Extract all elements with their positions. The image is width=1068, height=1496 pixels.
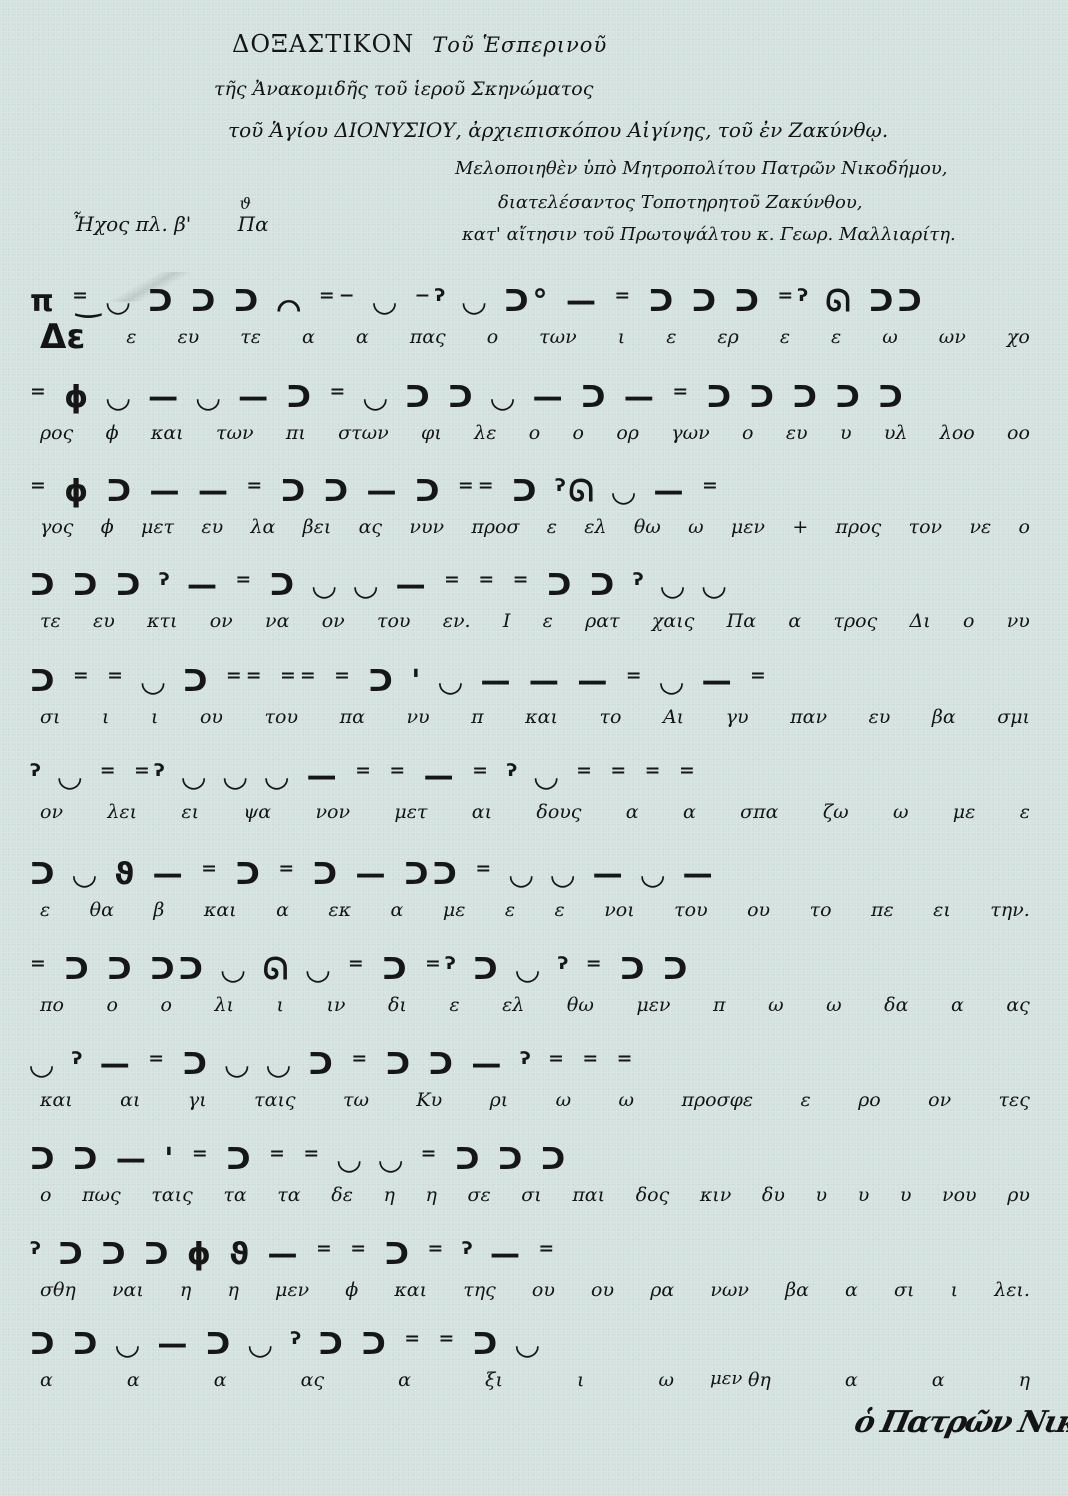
lyric-syllable: οο bbox=[1007, 418, 1030, 448]
lyric-syllable: νυ bbox=[1007, 606, 1030, 636]
music-system: ⁼ ᑐ ᑐ ᑐᑐ ◡ ᘏ ◡ ⁼ ᑐ ⁼ˀ ᑐ ◡ ˀ ⁼ ᑐ ᑐποοολιι… bbox=[30, 950, 1040, 1020]
lyric-syllable: χαις bbox=[652, 606, 694, 636]
lyric-syllable: ε bbox=[126, 322, 136, 352]
lyric-syllable: προσφε bbox=[681, 1085, 753, 1115]
lyric-syllable: α bbox=[845, 1365, 858, 1395]
lyric-syllable: μεν bbox=[731, 512, 765, 542]
doc-title: ΔΟΞΑΣΤΙΚΟΝΤοῦ Ἑσπερινοῦ bbox=[232, 30, 607, 58]
lyric-syllable: ο bbox=[160, 990, 171, 1020]
lyric-syllable: α bbox=[398, 1365, 411, 1395]
lyric-syllable: β bbox=[153, 895, 164, 925]
neume-line: ˀ ᑐ ᑐ ᑐ ϕ ϑ — ⁼ ⁼ ᑐ ⁼ ˀ — ⁼ bbox=[30, 1235, 1040, 1275]
lyric-syllable: βει bbox=[303, 512, 332, 542]
lyric-syllable: ε bbox=[543, 606, 553, 636]
lyric-syllable: πας bbox=[410, 322, 446, 352]
lyric-line: Δεεευτεααπαςοτωνιεερεεωωνχο bbox=[30, 322, 1040, 352]
lyric-syllable: π bbox=[471, 702, 484, 732]
neume-line: ⁼ ᑐ ᑐ ᑐᑐ ◡ ᘏ ◡ ⁼ ᑐ ⁼ˀ ᑐ ◡ ˀ ⁼ ᑐ ᑐ bbox=[30, 950, 1040, 990]
music-system: ᑐ ᑐ — ' ⁼ ᑐ ⁼ ⁼ ◡ ◡ ⁼ ᑐ ᑐ ᑐοπωςταιςταταδ… bbox=[30, 1140, 1040, 1210]
lyric-syllable: των bbox=[539, 322, 577, 352]
lyric-syllable: ον bbox=[210, 606, 233, 636]
neume-line: ⁼ ϕ ◡ — ◡ — ᑐ ⁼ ◡ ᑐ ᑐ ◡ — ᑐ — ⁼ ᑐ ᑐ ᑐ ᑐ … bbox=[30, 378, 1040, 418]
neume-line: ᑐ ◡ ϑ — ⁼ ᑐ ⁼ ᑐ — ᑐᑐ ⁼ ◡ ◡ — ◡ — bbox=[30, 855, 1040, 895]
lyric-syllable: δα bbox=[884, 990, 908, 1020]
lyric-syllable: ε bbox=[780, 322, 790, 352]
subtitle-line-2: τοῦ Ἁγίου ΔΙΟΝΥΣΙΟΥ, ἀρχιεπισκόπου Αἰγίν… bbox=[228, 118, 888, 142]
lyric-syllable: ω bbox=[893, 797, 909, 827]
music-system: ᑐ ᑐ ◡ — ᑐ ◡ ˀ ᑐ ᑐ ⁼ ⁼ ᑐ ◡ααααςαξιιωθηααη bbox=[30, 1325, 1040, 1395]
lyric-syllable: ταις bbox=[151, 1180, 192, 1210]
lyric-syllable: ω bbox=[619, 1085, 635, 1115]
lyric-syllable: ελ bbox=[584, 512, 606, 542]
lyric-syllable: γυ bbox=[726, 702, 749, 732]
lyric-syllable: παν bbox=[790, 702, 827, 732]
lyric-syllable: ου bbox=[532, 1275, 555, 1305]
lyric-syllable: η bbox=[180, 1275, 191, 1305]
lyric-syllable: τε bbox=[240, 322, 261, 352]
neume-line: ◡ ˀ — ⁼ ᑐ ◡ ◡ ᑐ ⁼ ᑐ ᑐ — ˀ ⁼ ⁼ ⁼ bbox=[30, 1045, 1040, 1085]
lyric-syllable: θω bbox=[567, 990, 594, 1020]
lyric-syllable: ω bbox=[768, 990, 784, 1020]
lyric-syllable: ας bbox=[301, 1365, 324, 1395]
lyric-syllable: ου bbox=[591, 1275, 614, 1305]
lyric-syllable: η bbox=[384, 1180, 395, 1210]
lyric-syllable: ρι bbox=[490, 1085, 509, 1115]
lyric-syllable: Ι bbox=[503, 606, 511, 636]
manuscript-page: ΔΟΞΑΣΤΙΚΟΝΤοῦ Ἑσπερινοῦ τῆς Ἀνακομιδῆς τ… bbox=[0, 0, 1068, 1496]
lyric-syllable: φι bbox=[421, 418, 442, 448]
lyric-syllable: ϕ bbox=[106, 418, 119, 448]
lyric-syllable: η bbox=[1019, 1365, 1030, 1395]
neume-line: ᑐ ᑐ — ' ⁼ ᑐ ⁼ ⁼ ◡ ◡ ⁼ ᑐ ᑐ ᑐ bbox=[30, 1140, 1040, 1180]
lyric-syllable: α bbox=[302, 322, 315, 352]
lyric-syllable: νυ bbox=[406, 702, 429, 732]
lyric-syllable: ϕ bbox=[345, 1275, 358, 1305]
lyric-syllable: νε bbox=[969, 512, 991, 542]
lyric-syllable: σπα bbox=[740, 797, 778, 827]
lyric-syllable: ο bbox=[742, 418, 753, 448]
lyric-syllable: Δε bbox=[40, 322, 85, 352]
lyric-syllable: ας bbox=[359, 512, 382, 542]
lyric-syllable: ρυ bbox=[1007, 1180, 1030, 1210]
lyric-syllable: α bbox=[214, 1365, 227, 1395]
lyric-syllable: Αι bbox=[663, 702, 684, 732]
martyria-sign-icon: ϑ bbox=[240, 194, 251, 213]
neume-line: ᑐ ᑐ ◡ — ᑐ ◡ ˀ ᑐ ᑐ ⁼ ⁼ ᑐ ◡ bbox=[30, 1325, 1040, 1365]
lyric-syllable: υ bbox=[816, 1180, 828, 1210]
lyric-syllable: μετ bbox=[394, 797, 427, 827]
lyric-syllable: δυ bbox=[762, 1180, 785, 1210]
lyric-syllable: + bbox=[792, 512, 808, 542]
neume-line: π ⁼͜ ◡ ᑐ ᑐ ᑐ ⌒ ⁼⁻ ◡ ⁻ˀ ◡ ᑐ° — ⁼ ᑐ ᑐ ᑐ ⁼ˀ… bbox=[30, 282, 1040, 322]
final-syllable: μεν bbox=[710, 1368, 742, 1389]
lyric-syllable: ον bbox=[322, 606, 345, 636]
lyric-syllable: σε bbox=[468, 1180, 491, 1210]
lyric-syllable: ϕ bbox=[101, 512, 114, 542]
lyric-syllable: υ bbox=[840, 418, 852, 448]
lyric-syllable: α bbox=[932, 1365, 945, 1395]
lyric-syllable: α bbox=[391, 895, 404, 925]
lyric-syllable: κτι bbox=[147, 606, 177, 636]
lyric-syllable: ευ bbox=[201, 512, 223, 542]
lyric-syllable: ον bbox=[928, 1085, 951, 1115]
lyric-syllable: τε bbox=[40, 606, 61, 636]
lyric-syllable: πα bbox=[340, 702, 365, 732]
composer-credit-3: κατ' αἴτησιν τοῦ Πρωτοψάλτου κ. Γεωρ. Μα… bbox=[462, 224, 956, 245]
lyric-syllable: μεν bbox=[275, 1275, 309, 1305]
lyric-syllable: ο bbox=[963, 606, 974, 636]
lyric-syllable: η bbox=[227, 1275, 238, 1305]
lyric-syllable: και bbox=[204, 895, 237, 925]
lyric-syllable: ρατ bbox=[585, 606, 620, 636]
lyric-syllable: παι bbox=[572, 1180, 605, 1210]
lyric-syllable: υ bbox=[900, 1180, 912, 1210]
lyric-syllable: ω bbox=[658, 1365, 674, 1395]
lyric-syllable: α bbox=[127, 1365, 140, 1395]
lyric-syllable: ι bbox=[151, 702, 158, 732]
lyric-syllable: ε bbox=[555, 895, 565, 925]
lyric-syllable: α bbox=[356, 322, 369, 352]
lyric-syllable: νοι bbox=[604, 895, 634, 925]
lyric-syllable: θω bbox=[634, 512, 661, 542]
lyric-syllable: βα bbox=[785, 1275, 809, 1305]
lyric-syllable: σι bbox=[521, 1180, 541, 1210]
lyric-syllable: ευ bbox=[786, 418, 808, 448]
music-system: ⁼ ϕ ◡ — ◡ — ᑐ ⁼ ◡ ᑐ ᑐ ◡ — ᑐ — ⁼ ᑐ ᑐ ᑐ ᑐ … bbox=[30, 378, 1040, 448]
lyric-syllable: ε bbox=[505, 895, 515, 925]
lyric-syllable: εκ bbox=[328, 895, 351, 925]
lyric-syllable: ω bbox=[826, 990, 842, 1020]
lyric-syllable: τρος bbox=[833, 606, 877, 636]
lyric-syllable: ξι bbox=[485, 1365, 503, 1395]
lyric-syllable: ας bbox=[1006, 990, 1029, 1020]
lyric-syllable: ω bbox=[882, 322, 898, 352]
lyric-syllable: του bbox=[265, 702, 299, 732]
lyric-syllable: λα bbox=[250, 512, 275, 542]
lyric-syllable: ευ bbox=[93, 606, 115, 636]
lyric-line: σιιιουτουπανυπκαιτοΑιγυπανευβασμι bbox=[30, 702, 1040, 732]
lyric-syllable: στων bbox=[338, 418, 389, 448]
lyric-line: ποοολιιινδιεελθωμενπωωδααας bbox=[30, 990, 1040, 1020]
lyric-syllable: ι bbox=[102, 702, 109, 732]
lyric-syllable: πως bbox=[82, 1180, 121, 1210]
music-system: ˀ ᑐ ᑐ ᑐ ϕ ϑ — ⁼ ⁼ ᑐ ⁼ ˀ — ⁼σθηναιηημενϕκ… bbox=[30, 1235, 1040, 1305]
lyric-syllable: δι bbox=[388, 990, 407, 1020]
lyric-syllable: με bbox=[443, 895, 466, 925]
lyric-syllable: μετ bbox=[141, 512, 174, 542]
lyric-syllable: ε bbox=[449, 990, 459, 1020]
music-system: ˀ ◡ ⁼ ⁼ˀ ◡ ◡ ◡ — ⁼ ⁼ — ⁼ ˀ ◡ ⁼ ⁼ ⁼ ⁼ονλε… bbox=[30, 757, 1040, 827]
lyric-syllable: θη bbox=[748, 1365, 771, 1395]
lyric-syllable: ο bbox=[529, 418, 540, 448]
lyric-syllable: ρος bbox=[40, 418, 73, 448]
lyric-syllable: σθη bbox=[40, 1275, 76, 1305]
music-system: ⁼ ϕ ᑐ — — ⁼ ᑐ ᑐ — ᑐ ⁼⁼ ᑐ ˀᘏ ◡ — ⁼γοςϕμετ… bbox=[30, 472, 1040, 542]
martyria: ϑ Πα bbox=[238, 212, 269, 236]
lyric-syllable: τον bbox=[909, 512, 943, 542]
lyric-syllable: του bbox=[377, 606, 411, 636]
lyric-syllable: υ bbox=[858, 1180, 870, 1210]
lyric-syllable: και bbox=[40, 1085, 73, 1115]
music-system: ◡ ˀ — ⁼ ᑐ ◡ ◡ ᑐ ⁼ ᑐ ᑐ — ˀ ⁼ ⁼ ⁼καιαιγιτα… bbox=[30, 1045, 1040, 1115]
lyric-syllable: ω bbox=[688, 512, 704, 542]
lyric-syllable: ο bbox=[1019, 512, 1030, 542]
lyric-syllable: τα bbox=[277, 1180, 300, 1210]
lyric-syllable: δους bbox=[536, 797, 581, 827]
lyric-syllable: το bbox=[599, 702, 621, 732]
lyric-syllable: τω bbox=[343, 1085, 369, 1115]
lyric-syllable: αι bbox=[472, 797, 492, 827]
signature: ὁ Πατρῶν Νικόδημος bbox=[851, 1405, 1068, 1440]
lyric-syllable: ζω bbox=[823, 797, 849, 827]
lyric-syllable: ον bbox=[40, 797, 63, 827]
lyric-syllable: λοο bbox=[940, 418, 975, 448]
mode-indicator: Ἦχος πλ. β' ϑ Πα bbox=[72, 212, 269, 236]
subtitle-line-1: τῆς Ἀνακομιδῆς τοῦ ἱεροῦ Σκηνώματος bbox=[214, 78, 593, 100]
lyric-syllable: και bbox=[151, 418, 184, 448]
lyric-syllable: μεν bbox=[636, 990, 670, 1020]
lyric-line: ααααςαξιιωθηααη bbox=[30, 1365, 1040, 1395]
lyric-syllable: ταις bbox=[254, 1085, 295, 1115]
lyric-line: σθηναιηημενϕκαιτηςουουρανωνβαασιιλει. bbox=[30, 1275, 1040, 1305]
lyric-syllable: πε bbox=[871, 895, 894, 925]
lyric-syllable: θα bbox=[90, 895, 114, 925]
composer-credit-2: διατελέσαντος Τοποτηρητοῦ Ζακύνθου, bbox=[498, 192, 862, 213]
lyric-syllable: Πα bbox=[727, 606, 756, 636]
lyric-syllable: προσ bbox=[471, 512, 519, 542]
lyric-syllable: ι bbox=[618, 322, 625, 352]
lyric-syllable: ει bbox=[181, 797, 199, 827]
lyric-syllable: τα bbox=[223, 1180, 246, 1210]
lyric-syllable: πι bbox=[286, 418, 306, 448]
lyric-syllable: με bbox=[953, 797, 976, 827]
lyric-syllable: ε bbox=[800, 1085, 810, 1115]
lyric-syllable: α bbox=[40, 1365, 53, 1395]
lyric-syllable: λε bbox=[474, 418, 496, 448]
lyric-syllable: νων bbox=[710, 1275, 749, 1305]
lyric-line: τεευκτιονναοντουεν.ΙερατχαιςΠαατροςΔιονυ bbox=[30, 606, 1040, 636]
lyric-syllable: σι bbox=[894, 1275, 914, 1305]
lyric-syllable: εν. bbox=[443, 606, 471, 636]
lyric-line: καιαιγιταιςτωΚυριωωπροσφεεροοντες bbox=[30, 1085, 1040, 1115]
lyric-syllable: ερ bbox=[717, 322, 738, 352]
lyric-line: ροςϕκαιτωνπιστωνφιλεοοοργωνοευυυλλοοοο bbox=[30, 418, 1040, 448]
lyric-syllable: ο bbox=[573, 418, 584, 448]
lyric-syllable: και bbox=[394, 1275, 427, 1305]
lyric-syllable: προς bbox=[836, 512, 882, 542]
lyric-line: γοςϕμετευλαβειαςνυνπροσεελθωωμεν+προςτον… bbox=[30, 512, 1040, 542]
lyric-syllable: βα bbox=[932, 702, 956, 732]
lyric-syllable: ι bbox=[276, 990, 283, 1020]
lyric-syllable: ορ bbox=[616, 418, 639, 448]
lyric-syllable: αι bbox=[120, 1085, 140, 1115]
neume-line: ᑐ ⁼ ⁼ ◡ ᑐ ⁼⁼ ⁼⁼ ⁼ ᑐ ' ◡ — — — ⁼ ◡ — ⁼ bbox=[30, 662, 1040, 702]
lyric-syllable: γι bbox=[188, 1085, 207, 1115]
lyric-syllable: Δι bbox=[910, 606, 931, 636]
lyric-syllable: νον bbox=[315, 797, 350, 827]
lyric-syllable: νου bbox=[942, 1180, 977, 1210]
music-system: ᑐ ᑐ ᑐ ˀ — ⁼ ᑐ ◡ ◡ — ⁼ ⁼ ⁼ ᑐ ᑐ ˀ ◡ ◡τεευκ… bbox=[30, 566, 1040, 636]
lyric-syllable: ων bbox=[939, 322, 966, 352]
neume-line: ⁼ ϕ ᑐ — — ⁼ ᑐ ᑐ — ᑐ ⁼⁼ ᑐ ˀᘏ ◡ — ⁼ bbox=[30, 472, 1040, 512]
lyric-syllable: ι bbox=[951, 1275, 958, 1305]
lyric-syllable: η bbox=[426, 1180, 437, 1210]
neume-line: ᑐ ᑐ ᑐ ˀ — ⁼ ᑐ ◡ ◡ — ⁼ ⁼ ⁼ ᑐ ᑐ ˀ ◡ ◡ bbox=[30, 566, 1040, 606]
lyric-syllable: ου bbox=[200, 702, 223, 732]
lyric-syllable: ιν bbox=[326, 990, 345, 1020]
lyric-syllable: α bbox=[276, 895, 289, 925]
lyric-syllable: σι bbox=[40, 702, 60, 732]
lyric-syllable: δε bbox=[331, 1180, 353, 1210]
lyric-syllable: α bbox=[951, 990, 964, 1020]
music-system: ᑐ ◡ ϑ — ⁼ ᑐ ⁼ ᑐ — ᑐᑐ ⁼ ◡ ◡ — ◡ —εθαβκαια… bbox=[30, 855, 1040, 925]
lyric-syllable: την. bbox=[990, 895, 1029, 925]
lyric-syllable: ελ bbox=[502, 990, 524, 1020]
lyric-syllable: να bbox=[265, 606, 289, 636]
lyric-syllable: ο bbox=[487, 322, 498, 352]
lyric-syllable: ο bbox=[40, 1180, 51, 1210]
lyric-syllable: το bbox=[810, 895, 832, 925]
lyric-syllable: ρα bbox=[650, 1275, 674, 1305]
neume-line: ˀ ◡ ⁼ ⁼ˀ ◡ ◡ ◡ — ⁼ ⁼ — ⁼ ˀ ◡ ⁼ ⁼ ⁼ ⁼ bbox=[30, 757, 1040, 797]
lyric-syllable: α bbox=[845, 1275, 858, 1305]
lyric-syllable: υλ bbox=[884, 418, 908, 448]
lyric-syllable: ε bbox=[40, 895, 50, 925]
lyric-syllable: ψα bbox=[243, 797, 271, 827]
music-system: π ⁼͜ ◡ ᑐ ᑐ ᑐ ⌒ ⁼⁻ ◡ ⁻ˀ ◡ ᑐ° — ⁼ ᑐ ᑐ ᑐ ⁼ˀ… bbox=[30, 282, 1040, 352]
lyric-syllable: ναι bbox=[112, 1275, 144, 1305]
lyric-syllable: ου bbox=[747, 895, 770, 925]
lyric-syllable: νυν bbox=[409, 512, 444, 542]
lyric-syllable: δος bbox=[636, 1180, 670, 1210]
lyric-syllable: ο bbox=[106, 990, 117, 1020]
lyric-syllable: της bbox=[463, 1275, 496, 1305]
lyric-syllable: πο bbox=[40, 990, 64, 1020]
lyric-syllable: λει bbox=[107, 797, 137, 827]
lyric-line: ονλειειψανονμεταιδουςαασπαζωωμεε bbox=[30, 797, 1040, 827]
lyric-syllable: και bbox=[525, 702, 558, 732]
lyric-syllable: λει. bbox=[994, 1275, 1030, 1305]
lyric-syllable: ε bbox=[831, 322, 841, 352]
lyric-syllable: π bbox=[713, 990, 726, 1020]
lyric-syllable: ε bbox=[547, 512, 557, 542]
lyric-syllable: κιν bbox=[700, 1180, 731, 1210]
lyric-syllable: γων bbox=[671, 418, 709, 448]
lyric-syllable: ι bbox=[577, 1365, 584, 1395]
composer-credit-1: Μελοποιηθὲν ὑπὸ Μητροπολίτου Πατρῶν Νικο… bbox=[455, 158, 948, 179]
music-system: ᑐ ⁼ ⁼ ◡ ᑐ ⁼⁼ ⁼⁼ ⁼ ᑐ ' ◡ — — — ⁼ ◡ — ⁼σιι… bbox=[30, 662, 1040, 732]
lyric-syllable: ευ bbox=[869, 702, 891, 732]
lyric-line: εθαβκαιαεκαμεεενοιτουουτοπεειτην. bbox=[30, 895, 1040, 925]
lyric-syllable: Κυ bbox=[416, 1085, 442, 1115]
lyric-syllable: λι bbox=[214, 990, 234, 1020]
lyric-syllable: γος bbox=[40, 512, 73, 542]
lyric-syllable: ρο bbox=[858, 1085, 881, 1115]
lyric-syllable: ε bbox=[666, 322, 676, 352]
lyric-syllable: ει bbox=[933, 895, 951, 925]
lyric-syllable: των bbox=[216, 418, 254, 448]
lyric-syllable: α bbox=[626, 797, 639, 827]
lyric-syllable: ω bbox=[556, 1085, 572, 1115]
lyric-syllable: του bbox=[674, 895, 708, 925]
lyric-syllable: α bbox=[683, 797, 696, 827]
lyric-syllable: χο bbox=[1007, 322, 1030, 352]
lyric-syllable: ε bbox=[1020, 797, 1030, 827]
lyric-line: οπωςταιςταταδεηησεσιπαιδοςκινδυυυυνουρυ bbox=[30, 1180, 1040, 1210]
lyric-syllable: τες bbox=[999, 1085, 1030, 1115]
lyric-syllable: ευ bbox=[177, 322, 199, 352]
lyric-syllable: σμι bbox=[997, 702, 1030, 732]
lyric-syllable: α bbox=[788, 606, 801, 636]
